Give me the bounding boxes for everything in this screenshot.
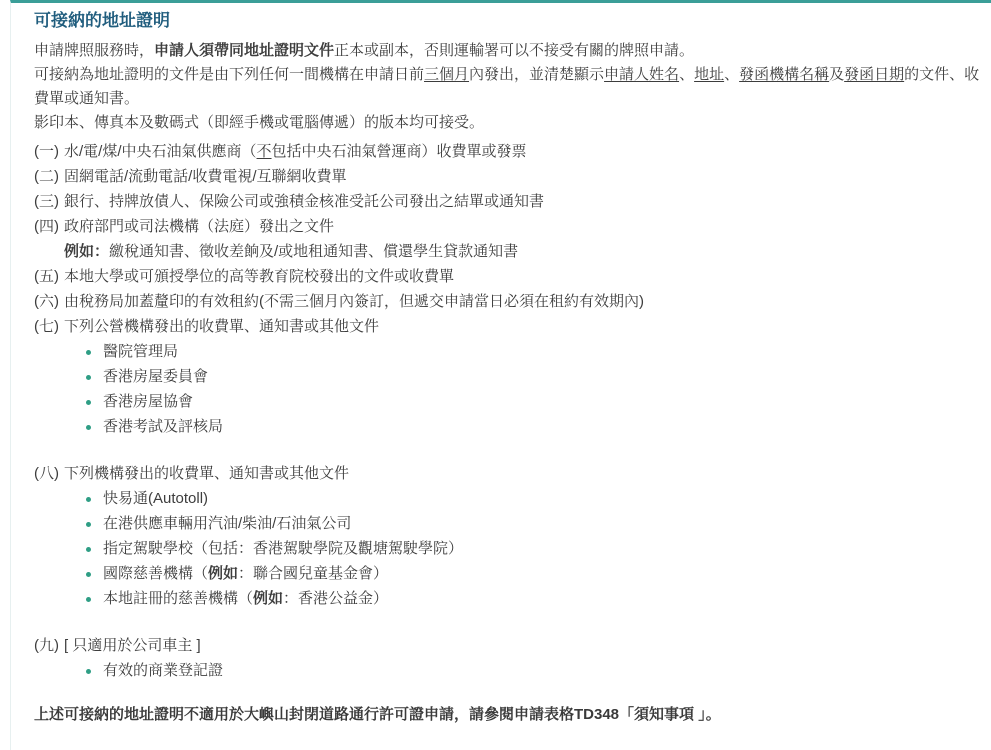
item-number: (一) bbox=[34, 144, 64, 160]
intro-text-segment: 可接納為地址證明的文件是由下列任何一間機構在申請日前 bbox=[34, 66, 424, 83]
bullet-icon bbox=[86, 400, 91, 405]
list-item-5: (五) 本地大學或可頒授學位的高等教育院校發出的文件或收費單 bbox=[34, 269, 985, 285]
bullet-item: 指定駕駛學校（包括：香港駕駛學院及觀塘駕駛學院） bbox=[86, 541, 985, 557]
list-item-1: (一) 水/電/煤/中央石油氣供應商（不包括中央石油氣營運商）收費單或發票 bbox=[34, 144, 985, 160]
bullet-text: 指定駕駛學校（包括：香港駕駛學院及觀塘駕駛學院） bbox=[103, 541, 463, 557]
bullet-icon bbox=[86, 522, 91, 527]
item-text: 水/電/煤/中央石油氣供應商（不包括中央石油氣營運商）收費單或發票 bbox=[64, 144, 985, 160]
list-item-3: (三) 銀行、持牌放債人、保險公司或強積金核准受託公司發出之結單或通知書 bbox=[34, 194, 985, 210]
intro-text-segment: 及 bbox=[829, 66, 844, 83]
intro-underlined-segment: 申請人姓名 bbox=[604, 66, 679, 83]
intro-paragraphs: 申請牌照服務時，申請人須帶同地址證明文件正本或副本，否則運輸署可以不接受有關的牌… bbox=[34, 39, 985, 135]
bullet-text: 本地註冊的慈善機構（例如：香港公益金） bbox=[103, 591, 388, 607]
bullet-text: 香港考試及評核局 bbox=[103, 419, 223, 435]
intro-underlined-segment: 三個月 bbox=[424, 66, 469, 83]
list-item-6: (六) 由稅務局加蓋釐印的有效租約(不需三個月內簽訂，但遞交申請當日必須在租約有… bbox=[34, 294, 985, 310]
intro-text-segment: 、 bbox=[679, 66, 694, 83]
bullet-text: 快易通(Autotoll) bbox=[103, 491, 208, 507]
bullet-item: 在港供應車輛用汽油/柴油/石油氣公司 bbox=[86, 516, 985, 532]
bullet-item: 香港房屋委員會 bbox=[86, 369, 985, 385]
item-8-bullet-list: 快易通(Autotoll) 在港供應車輛用汽油/柴油/石油氣公司 指定駕駛學校（… bbox=[34, 491, 985, 607]
item-text-segment: 水/電/煤/中央石油氣供應商（ bbox=[64, 143, 257, 160]
example-label: 例如： bbox=[64, 243, 109, 260]
bullet-item: 醫院管理局 bbox=[86, 344, 985, 360]
footer-note: 上述可接納的地址證明不適用於大嶼山封閉道路通行許可證申請，請參閱申請表格TD34… bbox=[34, 705, 985, 725]
bullet-text-segment: 國際慈善機構（ bbox=[103, 565, 208, 582]
intro-line-1: 申請牌照服務時，申請人須帶同地址證明文件正本或副本，否則運輸署可以不接受有關的牌… bbox=[34, 39, 985, 63]
intro-underlined-segment: 發函機構名稱 bbox=[739, 66, 829, 83]
item-4-example: 例如：繳稅通知書、徵收差餉及/或地租通知書、償還學生貸款通知書 bbox=[64, 244, 985, 260]
item-text: 下列機構發出的收費單、通知書或其他文件 bbox=[64, 466, 985, 482]
intro-text-segment: 申請牌照服務時， bbox=[34, 42, 154, 59]
intro-line-3: 影印本、傳真本及數碼式（即經手機或電腦傳遞）的版本均可接受。 bbox=[34, 111, 985, 135]
bullet-text-segment: ：聯合國兒童基金會） bbox=[238, 565, 388, 582]
bullet-text: 有效的商業登記證 bbox=[103, 663, 223, 679]
bullet-icon bbox=[86, 425, 91, 430]
bullet-text: 在港供應車輛用汽油/柴油/石油氣公司 bbox=[103, 516, 351, 532]
bullet-bold-segment: 例如 bbox=[208, 565, 238, 582]
bullet-item: 本地註冊的慈善機構（例如：香港公益金） bbox=[86, 591, 985, 607]
item-number: (六) bbox=[34, 294, 64, 310]
bullet-item: 有效的商業登記證 bbox=[86, 663, 985, 679]
section-spacer bbox=[34, 444, 985, 466]
bullet-item: 香港考試及評核局 bbox=[86, 419, 985, 435]
bullet-text: 香港房屋委員會 bbox=[103, 369, 208, 385]
item-number: (三) bbox=[34, 194, 64, 210]
intro-text-segment: 、 bbox=[724, 66, 739, 83]
example-text: 繳稅通知書、徵收差餉及/或地租通知書、償還學生貸款通知書 bbox=[109, 243, 518, 260]
bullet-item: 國際慈善機構（例如：聯合國兒童基金會） bbox=[86, 566, 985, 582]
item-text: 銀行、持牌放債人、保險公司或強積金核准受託公司發出之結單或通知書 bbox=[64, 194, 985, 210]
bullet-icon bbox=[86, 572, 91, 577]
list-item-9: (九) [ 只適用於公司車主 ] bbox=[34, 638, 985, 654]
item-text: 固網電話/流動電話/收費電視/互聯網收費單 bbox=[64, 169, 985, 185]
list-item-2: (二) 固網電話/流動電話/收費電視/互聯網收費單 bbox=[34, 169, 985, 185]
section-spacer bbox=[34, 616, 985, 638]
item-number: (五) bbox=[34, 269, 64, 285]
intro-line-2: 可接納為地址證明的文件是由下列任何一間機構在申請日前三個月內發出，並清楚顯示申請… bbox=[34, 63, 985, 111]
bullet-text: 國際慈善機構（例如：聯合國兒童基金會） bbox=[103, 566, 388, 582]
bullet-text: 香港房屋協會 bbox=[103, 394, 193, 410]
item-7-bullet-list: 醫院管理局 香港房屋委員會 香港房屋協會 香港考試及評核局 bbox=[34, 344, 985, 435]
item-text: [ 只適用於公司車主 ] bbox=[64, 638, 985, 654]
item-number: (四) bbox=[34, 219, 64, 235]
item-text: 本地大學或可頒授學位的高等教育院校發出的文件或收費單 bbox=[64, 269, 985, 285]
page-title: 可接納的地址證明 bbox=[34, 10, 985, 32]
bullet-icon bbox=[86, 669, 91, 674]
document-content: 可接納的地址證明 申請牌照服務時，申請人須帶同地址證明文件正本或副本，否則運輸署… bbox=[10, 0, 991, 750]
intro-text-segment: 正本或副本，否則運輸署可以不接受有關的牌照申請。 bbox=[334, 42, 694, 59]
item-number: (九) bbox=[34, 638, 64, 654]
bullet-icon bbox=[86, 547, 91, 552]
intro-text-segment: 內發出，並清楚顯示 bbox=[469, 66, 604, 83]
item-text: 下列公營機構發出的收費單、通知書或其他文件 bbox=[64, 319, 985, 335]
item-9-bullet-list: 有效的商業登記證 bbox=[34, 663, 985, 679]
list-item-7: (七) 下列公營機構發出的收費單、通知書或其他文件 bbox=[34, 319, 985, 335]
list-item-4: (四) 政府部門或司法機構（法庭）發出之文件 bbox=[34, 219, 985, 235]
list-item-8: (八) 下列機構發出的收費單、通知書或其他文件 bbox=[34, 466, 985, 482]
item-number: (八) bbox=[34, 466, 64, 482]
item-underlined-segment: 不 bbox=[257, 143, 272, 160]
bullet-icon bbox=[86, 350, 91, 355]
intro-underlined-segment: 地址 bbox=[694, 66, 724, 83]
intro-underlined-segment: 發函日期 bbox=[844, 66, 904, 83]
item-number: (二) bbox=[34, 169, 64, 185]
bullet-icon bbox=[86, 497, 91, 502]
bullet-icon bbox=[86, 597, 91, 602]
bullet-text-segment: 本地註冊的慈善機構（ bbox=[103, 590, 253, 607]
bullet-item: 香港房屋協會 bbox=[86, 394, 985, 410]
item-text-segment: 包括中央石油氣營運商）收費單或發票 bbox=[272, 143, 527, 160]
numbered-list: (一) 水/電/煤/中央石油氣供應商（不包括中央石油氣營運商）收費單或發票 (二… bbox=[34, 144, 985, 679]
bullet-text: 醫院管理局 bbox=[103, 344, 178, 360]
bullet-bold-segment: 例如 bbox=[253, 590, 283, 607]
bullet-icon bbox=[86, 375, 91, 380]
bullet-item: 快易通(Autotoll) bbox=[86, 491, 985, 507]
item-text: 由稅務局加蓋釐印的有效租約(不需三個月內簽訂，但遞交申請當日必須在租約有效期內) bbox=[64, 294, 985, 310]
item-text: 政府部門或司法機構（法庭）發出之文件 bbox=[64, 219, 985, 235]
bullet-text-segment: ：香港公益金） bbox=[283, 590, 388, 607]
intro-bold-segment: 申請人須帶同地址證明文件 bbox=[154, 42, 334, 59]
item-number: (七) bbox=[34, 319, 64, 335]
